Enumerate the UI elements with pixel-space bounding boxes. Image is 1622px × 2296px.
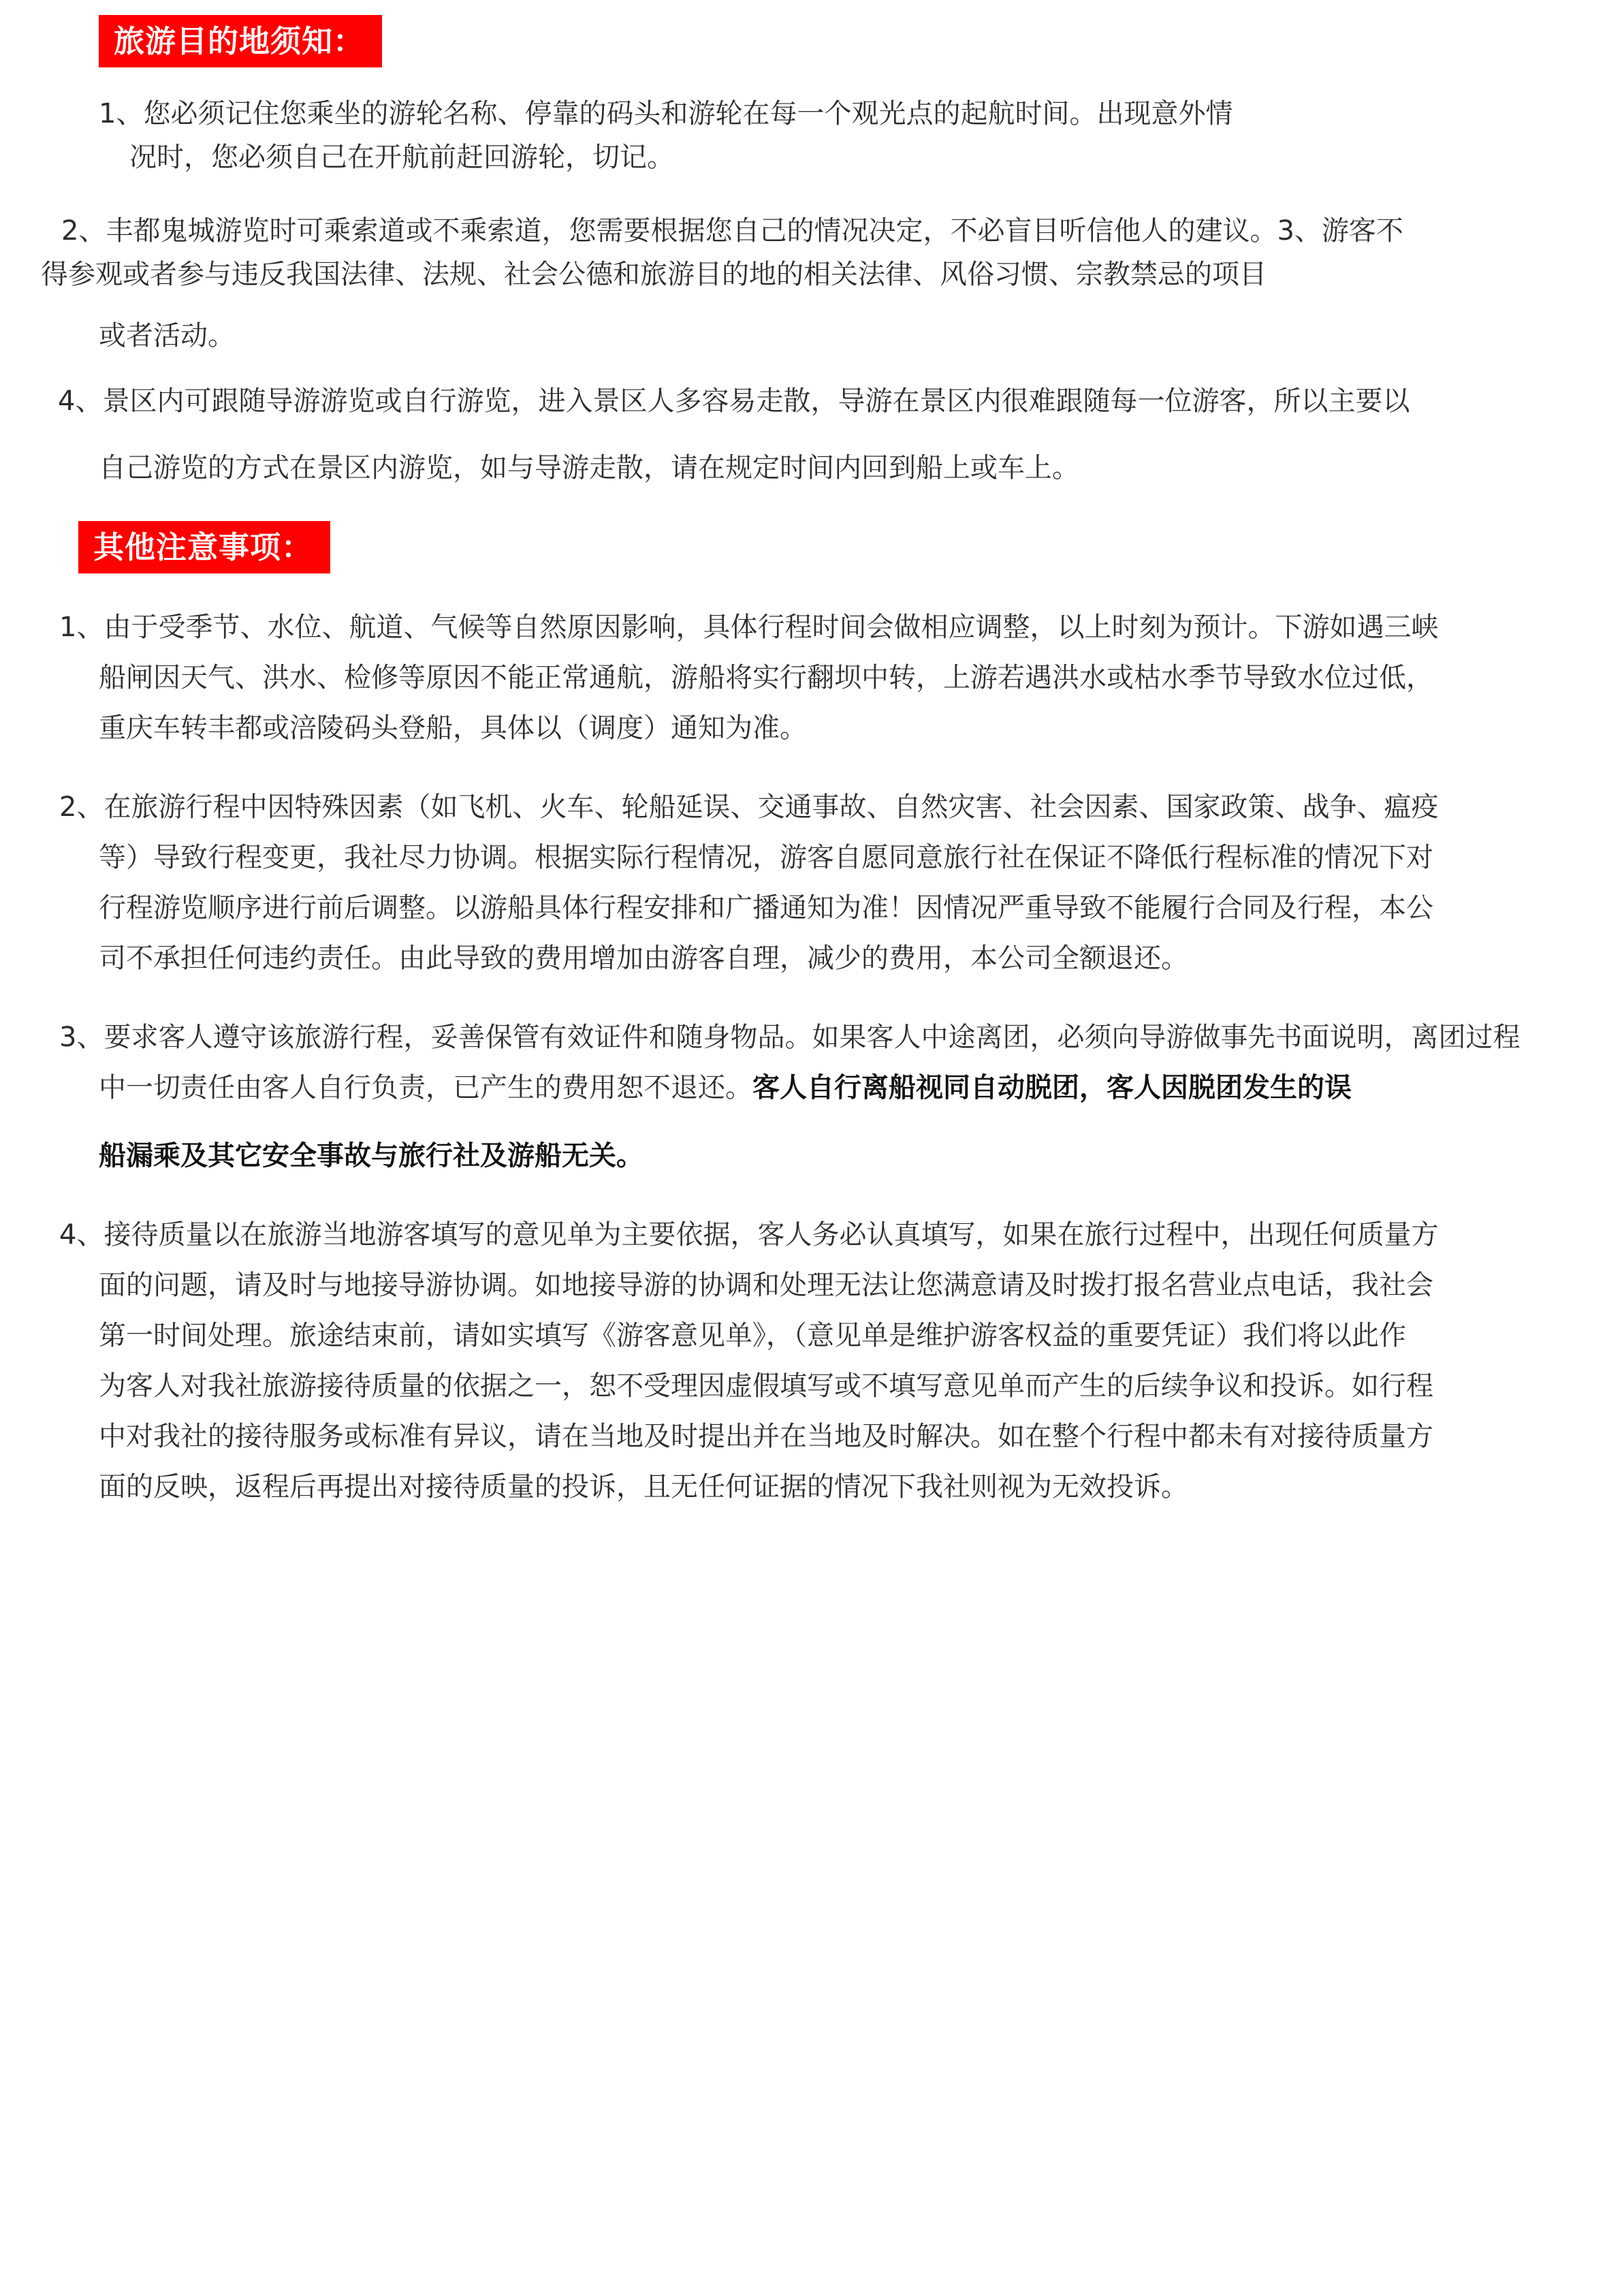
s2-item2: 2、在旅游行程中因特殊因素（如飞机、火车、轮船延误、交通事故、自然灾害、社会因素… <box>41 782 1581 984</box>
section1-badge-row: 旅游目的地须知： <box>99 15 1581 67</box>
s1-item4: 4、景区内可跟随导游游览或自行游览，进入景区人多容易走散，导游在景区内很难跟随每… <box>41 379 1581 423</box>
s1-item2-3: 2、丰都鬼城游览时可乘索道或不乘索道，您需要根据您自己的情况决定，不必盲目听信他… <box>41 209 1581 296</box>
s2-item3-bold-text: 客人自行离船视同自动脱团，客人因脱团发生的误 <box>752 1072 1352 1103</box>
s1-item4-continuation: 自己游览的方式在景区内游览，如与导游走散，请在规定时间内回到船上或车上。 <box>41 446 1581 490</box>
s2-item3-bold-text-2: 船漏乘及其它安全事故与旅行社及游船无关。 <box>99 1140 643 1171</box>
s1-item3-continuation: 或者活动。 <box>41 314 1581 358</box>
s2-item3: 3、要求客人遵守该旅游行程，妥善保管有效证件和随身物品。如果客人中途离团，必须向… <box>41 1012 1581 1113</box>
document-page: 旅游目的地须知： 1、您必须记住您乘坐的游轮名称、停靠的码头和游轮在每一个观光点… <box>0 0 1622 2296</box>
s2-item1: 1、由于受季节、水位、航道、气候等自然原因影响，具体行程时间会做相应调整，以上时… <box>41 602 1581 753</box>
section-other-notes: 其他注意事项： 1、由于受季节、水位、航道、气候等自然原因影响，具体行程时间会做… <box>41 521 1581 1512</box>
section1-badge: 旅游目的地须知： <box>99 15 382 67</box>
section2-badge-row: 其他注意事项： <box>78 521 1581 573</box>
section-destination-notice: 旅游目的地须知： 1、您必须记住您乘坐的游轮名称、停靠的码头和游轮在每一个观光点… <box>41 15 1581 490</box>
section2-badge: 其他注意事项： <box>78 521 330 573</box>
s1-item1: 1、您必须记住您乘坐的游轮名称、停靠的码头和游轮在每一个观光点的起航时间。出现意… <box>41 92 1581 179</box>
s2-item3-bold-continuation: 船漏乘及其它安全事故与旅行社及游船无关。 <box>41 1131 1581 1181</box>
s2-item4: 4、接待质量以在旅游当地游客填写的意见单为主要依据，客人务必认真填写，如果在旅行… <box>41 1210 1581 1512</box>
